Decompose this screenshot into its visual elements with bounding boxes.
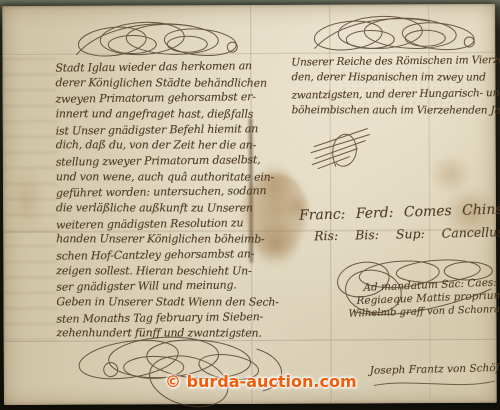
manuscript-line: handen Unserer Königlichen böheimb- — [56, 231, 258, 247]
right-page-text: Unserer Reiche des Römischen im Vierzehe… — [291, 53, 491, 119]
calligraphy-flourish-top-left — [70, 14, 250, 65]
calligraphy-flourish-top-right — [305, 8, 487, 59]
manuscript-line: den, derer Hispanischen im zwey und — [291, 70, 491, 87]
left-page-text: Stadt Iglau wieder das herkomen an derer… — [55, 59, 258, 342]
manuscript-line: Unserer Reiche des Römischen im Vierzehe… — [291, 52, 491, 71]
manuscript-line: weiteren gnädigsten Resolution zu — [56, 215, 258, 233]
official-signature-bottom-right: Joseph Frantz von Schöforden — [370, 361, 500, 377]
ink-stain-right-upper — [429, 154, 473, 194]
signature-underline-swash — [372, 376, 497, 391]
watermark: © burda-auction.com — [165, 372, 357, 391]
manuscript-line: zehenhundert fünff und zwantzigsten. — [57, 325, 259, 341]
manuscript-line: dich, daß du, von der Zeit her die an- — [56, 138, 258, 154]
ink-bleedthrough-left-margin — [2, 58, 57, 350]
manuscript-line: innert und angefraget hast, dießfalls — [56, 106, 258, 122]
manuscript-line: geführet worden: untersuchen, sodann — [56, 183, 258, 201]
manuscript-line: derer Königlichen Städte behändlichen — [55, 75, 257, 91]
manuscript-line: ist Unser gnädigster Befehl hiemit an — [56, 121, 258, 139]
manuscript-line: stellung zweyer Primatorum daselbst, — [56, 152, 258, 170]
manuscript-line: zeigen sollest. Hieran beschieht Un- — [56, 263, 258, 279]
ink-stain-top-right-faint — [357, 10, 482, 55]
photo-background: Stadt Iglau wieder das herkomen an derer… — [0, 0, 500, 410]
manuscript-line: böheimbischen auch im Vierzehenden Jahre… — [292, 102, 492, 119]
chancellor-attestation-line1: Franc: Ferd: Comes Chinskij: — [299, 201, 500, 224]
emperor-signature-scribble — [306, 116, 381, 174]
manuscript-line: zwantzigsten, und derer Hungarisch- und — [291, 85, 491, 104]
manuscript-line: Geben in Unserer Stadt Wienn den Sech- — [56, 294, 258, 310]
manuscript-paper: Stadt Iglau wieder das herkomen an derer… — [2, 4, 497, 405]
manuscript-line: ser gnädigster Will und meinung. — [56, 277, 258, 295]
ink-stain-left-edge — [9, 164, 45, 236]
manuscript-line: Stadt Iglau wieder das herkomen an — [55, 58, 257, 76]
manuscript-line: die verläßliche außkunft zu Unseren — [56, 200, 258, 216]
manuscript-line: schen Hof-Cantzley gehorsambst an- — [56, 246, 258, 264]
chancellor-attestation-line2: Ris: Bis: Sup: Cancellus — [314, 224, 500, 243]
manuscript-line: sten Monaths Tag february im Sieben- — [56, 309, 258, 327]
manuscript-line: und von wene, auch quâ authoritate ein- — [56, 169, 258, 185]
manuscript-line: zweyen Primatorum gehorsambst er- — [55, 89, 257, 107]
